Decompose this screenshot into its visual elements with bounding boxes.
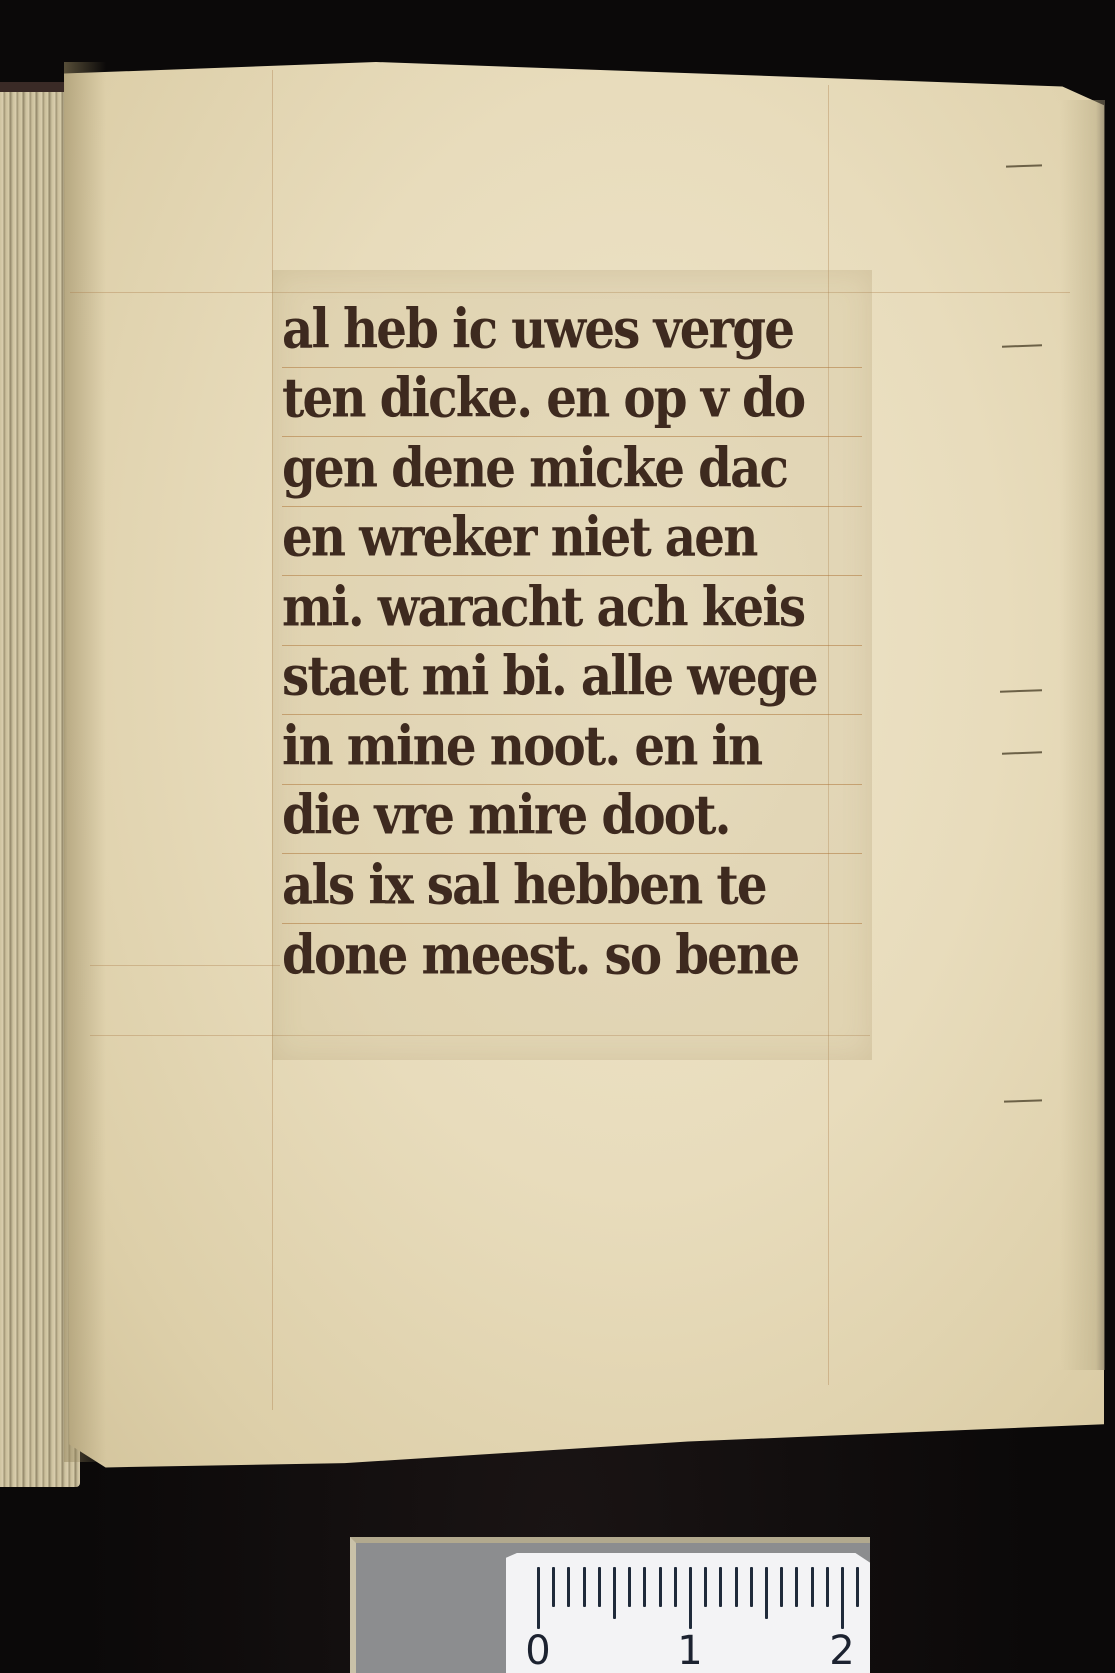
ruler-tick — [583, 1567, 586, 1607]
leaf-gutter-shadow — [64, 62, 106, 1462]
ruler-tick — [780, 1567, 783, 1607]
text-line-content: die vre mire doot. — [282, 788, 730, 843]
ruler-tick — [689, 1567, 692, 1629]
ruler-tick — [765, 1567, 768, 1619]
ruler-tick — [659, 1567, 662, 1607]
text-line-content: ten dicke. en op v do — [282, 371, 804, 426]
ruler-tick — [856, 1567, 859, 1607]
ruler-tick — [537, 1567, 540, 1629]
text-line: ten dicke. en op v do — [282, 368, 862, 438]
text-line-content: al heb ic uwes verge — [282, 302, 793, 357]
ruler-tick — [826, 1567, 829, 1607]
ruler-label-0: 0 — [525, 1631, 550, 1671]
ruler-tick — [552, 1567, 555, 1607]
text-line: in mine noot. en in — [282, 715, 862, 785]
ruler-tick — [628, 1567, 631, 1607]
text-line-content: done meest. so bene — [282, 928, 798, 983]
ruler-label-2: 2 — [829, 1631, 854, 1671]
text-line: staet mi bi. alle wege — [282, 646, 862, 716]
text-line: mi. waracht ach keis — [282, 576, 862, 646]
ruler-tick — [643, 1567, 646, 1607]
text-line-content: als ix sal hebben te — [282, 858, 766, 913]
text-line: en wreker niet aen — [282, 507, 862, 577]
text-line: gen dene micke dac — [282, 437, 862, 507]
text-line: als ix sal hebben te — [282, 854, 862, 924]
text-line-content: in mine noot. en in — [282, 719, 761, 774]
text-line-content: mi. waracht ach keis — [282, 580, 804, 635]
text-line: die vre mire doot. — [282, 785, 862, 855]
text-line: al heb ic uwes verge — [282, 298, 862, 368]
ruler-tick — [613, 1567, 616, 1619]
ruler-tick — [704, 1567, 707, 1607]
ruler-tick — [567, 1567, 570, 1607]
ruler-tick — [795, 1567, 798, 1607]
ruler-tick — [841, 1567, 844, 1629]
text-line: done meest. so bene — [282, 924, 862, 994]
leaf-fore-edge — [1060, 100, 1105, 1370]
scale-ruler: 0 1 2 — [506, 1553, 870, 1673]
manuscript-text: al heb ic uwes verge ten dicke. en op v … — [282, 298, 862, 993]
text-line-content: gen dene micke dac — [282, 441, 787, 496]
ruler-tick — [811, 1567, 814, 1607]
text-line-content: en wreker niet aen — [282, 510, 756, 565]
ruler-tick — [674, 1567, 677, 1607]
ruler-label-1: 1 — [677, 1631, 702, 1671]
ruler-tick — [750, 1567, 753, 1607]
ruler-tick — [598, 1567, 601, 1607]
text-line-content: staet mi bi. alle wege — [282, 649, 817, 704]
ruler-tick — [719, 1567, 722, 1607]
ruling-line-lower-margin — [90, 965, 280, 966]
ruler-tick — [735, 1567, 738, 1607]
